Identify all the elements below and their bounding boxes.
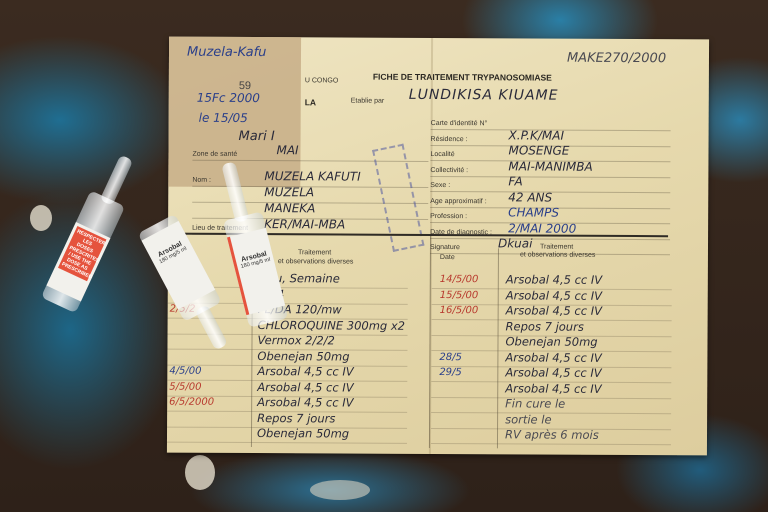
field-label: Sexe : [430, 182, 450, 189]
field-label: Localité [430, 151, 454, 158]
table-row-date: 29/5 [439, 367, 462, 378]
table-row-date: 4/5/00 [169, 366, 201, 377]
field-value: MUZELA [264, 185, 314, 199]
left-table-header-1: Traitement [298, 249, 331, 256]
field-rule [430, 237, 670, 239]
field-value: MUZELA KAFUTI [264, 169, 360, 184]
table-row-text: Repos 7 jours [506, 319, 584, 333]
paint-chip [30, 205, 52, 231]
table-row-text: Obenejan 50mg [257, 349, 349, 363]
field-label: Carte d'identité N° [431, 120, 488, 127]
table-row-text: Arsobal 4,5 cc IV [505, 381, 601, 396]
paint-chip [310, 480, 370, 500]
table-row-date: 5/5/00 [169, 381, 201, 392]
left-table-header-2: et observations diverses [278, 258, 354, 265]
field-value: X.P.K/MAI [509, 128, 565, 142]
ampoule-warning-label: RESPECTER LES DOSES PRESCRITES / USE THE… [58, 226, 106, 281]
table-row-text: Arsobal 4,5 cc IV [505, 365, 601, 380]
corner-note-signature: Mari I [239, 129, 275, 144]
established-by-label: Etablie par [351, 98, 385, 105]
paint-chip [185, 455, 215, 490]
field-value: Dkuai [498, 236, 533, 250]
field-label: Zone de santé [192, 151, 237, 158]
right-table-header-2: et observations diverses [520, 251, 596, 258]
field-value: CHAMPS [508, 205, 559, 219]
table-row-text: Arsobal 4,5 cc IV [506, 272, 602, 287]
table-row-text: Arsobal 4,5 cc IV [257, 380, 353, 395]
table-row-text: Arsobal 4,5 cc IV [257, 364, 353, 379]
established-by-value: LUNDIKISA KIUAME [409, 87, 559, 104]
right-table-date-header: Date [440, 254, 455, 261]
table-row-rule [431, 443, 671, 445]
table-row-date: 28/5 [439, 352, 462, 363]
form-number: MAKE270/2000 [567, 51, 666, 67]
table-row-date: 6/5/2000 [169, 397, 214, 408]
table-row-rule [167, 442, 407, 444]
field-value: MOSENGE [508, 143, 569, 157]
table-row-date: 16/5/00 [440, 305, 479, 316]
field-label: Collectivité : [430, 166, 468, 173]
field-value: MAI [276, 143, 298, 157]
table-row-text: Arsobal 4,5 cc IV [506, 288, 602, 303]
right-date-column-line [497, 248, 499, 448]
table-row-text: RV après 6 mois [505, 427, 599, 441]
corner-note-date: le 15/05 [199, 111, 248, 125]
table-row-text: Obenejan 50mg [505, 334, 597, 348]
header-country: U CONGO [305, 77, 338, 84]
field-label: Résidence : [431, 135, 468, 142]
right-table-header-1: Traitement [540, 244, 573, 251]
field-value: 2/MAI 2000 [508, 221, 576, 235]
header-la: LA [305, 97, 316, 107]
table-row-text: Obenejan 50mg [257, 426, 349, 440]
corner-note-name: Muzela-Kafu [187, 45, 266, 60]
table-row-text: Arsobal 4,5 cc IV [257, 395, 353, 410]
form-title: FICHE DE TRAITEMENT TRYPANOSOMIASE [373, 72, 552, 83]
table-row-text: Fin cure le [505, 396, 565, 410]
table-row-date: 14/5/00 [440, 274, 479, 285]
field-label: Profession : [430, 213, 467, 220]
table-row-text: sortie le [505, 412, 552, 426]
table-row-text: Arsobal 4,5 cc IV [506, 303, 602, 318]
table-row-text: Repos 7 jours [257, 411, 335, 425]
field-value: MAI-MANIMBA [508, 159, 592, 173]
table-row-date: 15/5/00 [440, 290, 479, 301]
corner-note-fee: 15Fc 2000 [197, 91, 260, 105]
field-label: Age approximatif : [430, 197, 486, 204]
field-value: FA [508, 174, 522, 188]
field-rule [430, 175, 670, 177]
field-label: Signature [430, 244, 460, 251]
table-row-text: Arsobal 4,5 cc IV [505, 350, 601, 365]
field-value: 42 ANS [508, 190, 552, 204]
